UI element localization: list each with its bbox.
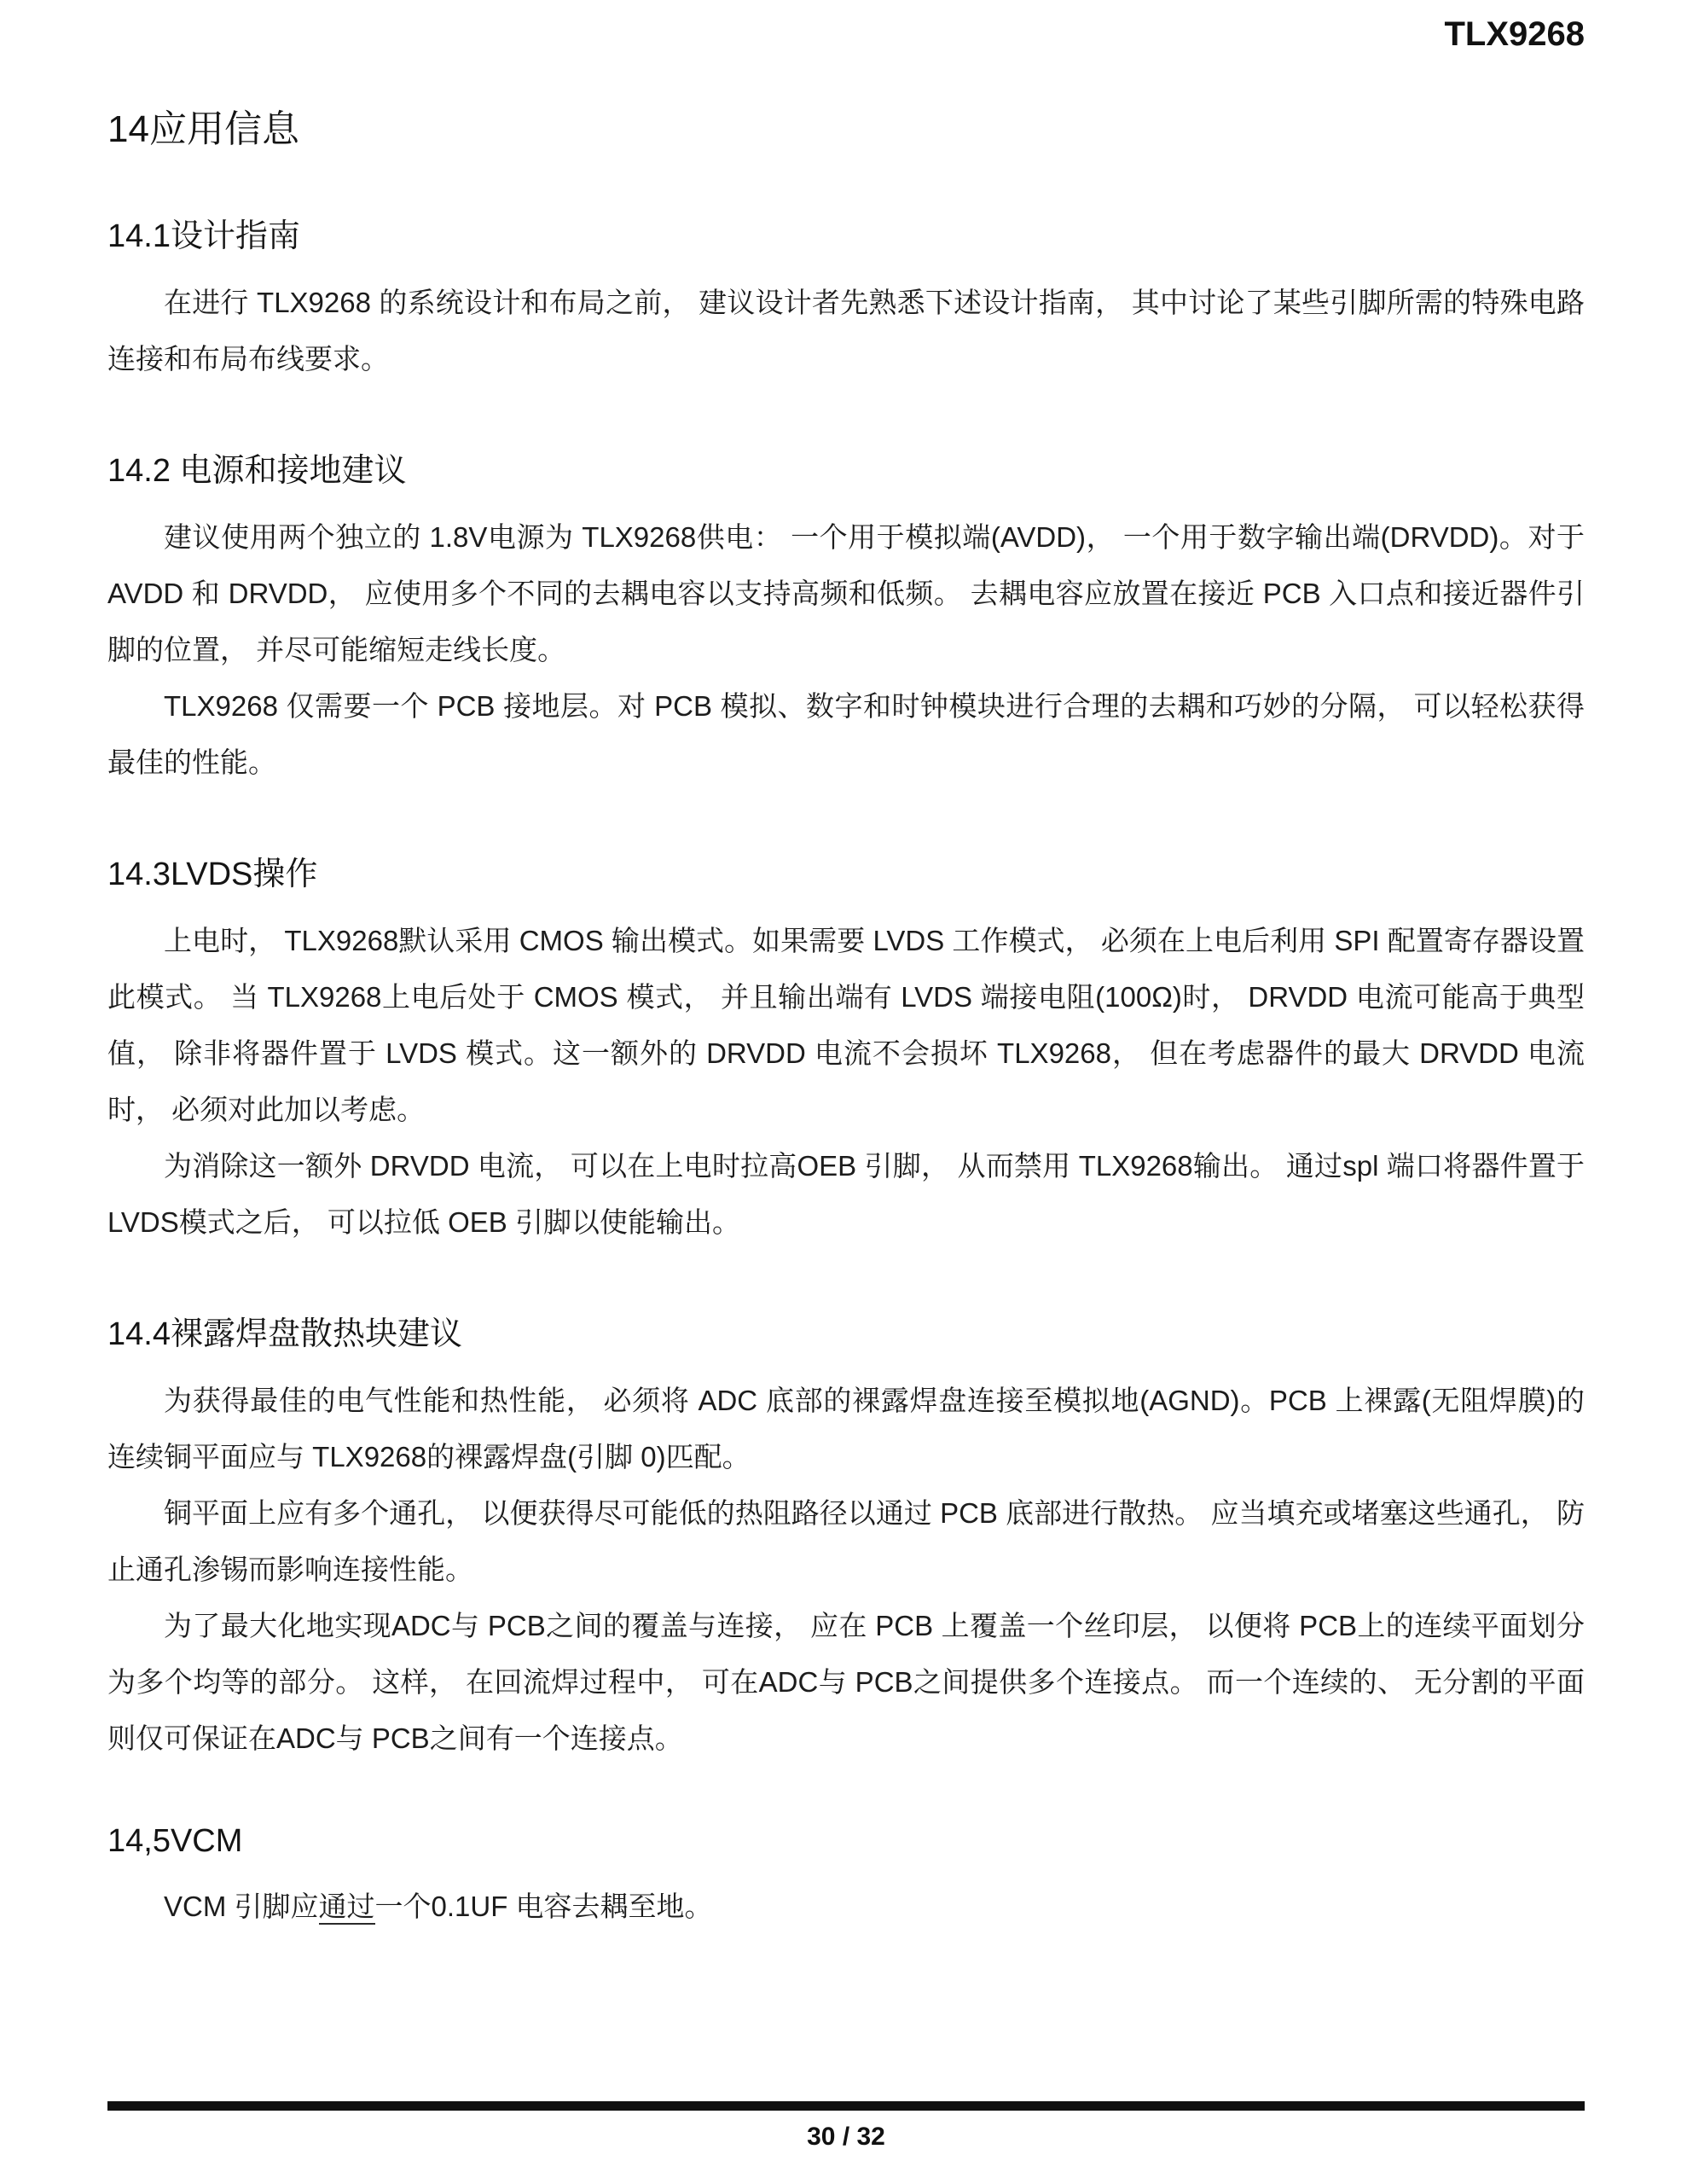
paragraph-14-1-1: 在进行 TLX9268 的系统设计和布局之前， 建议设计者先熟悉下述设计指南， … (107, 275, 1585, 387)
vcm-text-prefix: VCM 引脚应 (164, 1891, 319, 1922)
footer-rule (107, 2101, 1585, 2111)
paragraph-14-3-1: 上电时， TLX9268默认采用 CMOS 输出模式。如果需要 LVDS 工作模… (107, 913, 1585, 1138)
section-heading-14-3: 14.3LVDS操作 (107, 847, 1585, 894)
paragraph-14-4-1: 为获得最佳的电气性能和热性能， 必须将 ADC 底部的裸露焊盘连接至模拟地(AG… (107, 1373, 1585, 1485)
page-number: 30 / 32 (107, 2123, 1585, 2152)
paragraph-14-4-3: 为了最大化地实现ADC与 PCB之间的覆盖与连接， 应在 PCB 上覆盖一个丝印… (107, 1598, 1585, 1767)
section-heading-14-2: 14.2 电源和接地建议 (107, 444, 1585, 491)
doc-title: TLX9268 (1444, 15, 1585, 53)
page-footer: 30 / 32 (107, 2101, 1585, 2152)
document-page: TLX9268 14应用信息 14.1设计指南 在进行 TLX9268 的系统设… (0, 0, 1687, 2184)
paragraph-14-3-2: 为消除这一额外 DRVDD 电流， 可以在上电时拉高OEB 引脚， 从而禁用 T… (107, 1138, 1585, 1251)
paragraph-14-4-2: 铜平面上应有多个通孔， 以便获得尽可能低的热阻路径以通过 PCB 底部进行散热。… (107, 1485, 1585, 1598)
section-heading-14: 14应用信息 (107, 98, 1585, 153)
paragraph-14-2-2: TLX9268 仅需要一个 PCB 接地层。对 PCB 模拟、数字和时钟模块进行… (107, 678, 1585, 791)
paragraph-14-5-1: VCM 引脚应通过一个0.1UF 电容去耦至地。 (107, 1879, 1585, 1935)
vcm-text-suffix: 一个0.1UF 电容去耦至地。 (375, 1891, 713, 1922)
section-heading-14-1: 14.1设计指南 (107, 209, 1585, 256)
vcm-text-underlined: 通过 (319, 1891, 375, 1925)
section-heading-14-5: 14,5VCM (107, 1823, 1585, 1860)
paragraph-14-2-1: 建议使用两个独立的 1.8V电源为 TLX9268供电： 一个用于模拟端(AVD… (107, 509, 1585, 678)
section-heading-14-4: 14.4裸露焊盘散热块建议 (107, 1307, 1585, 1354)
doc-header: TLX9268 (107, 15, 1585, 54)
